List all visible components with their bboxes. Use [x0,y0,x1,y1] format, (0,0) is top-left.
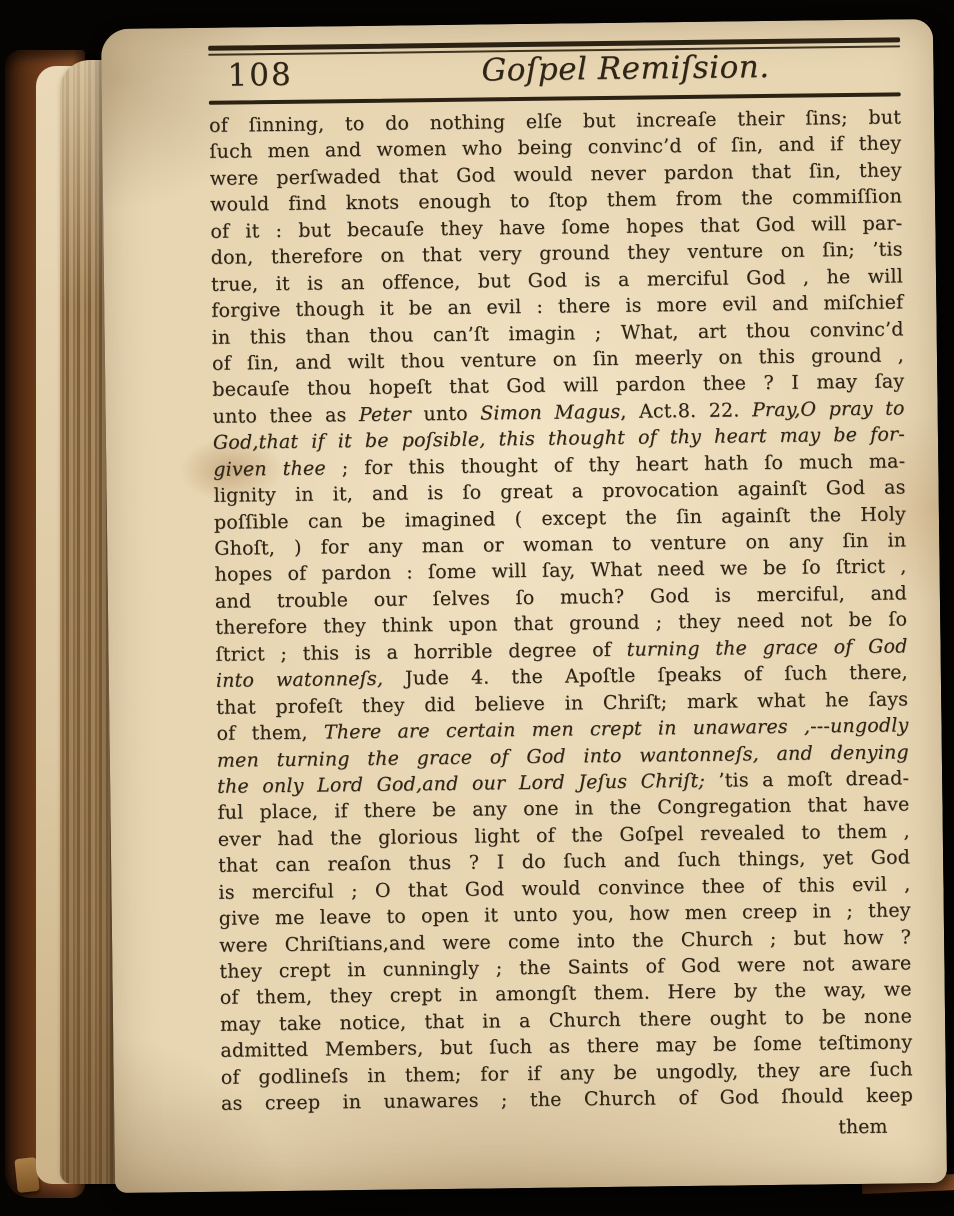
italic-text-segment: Peter [359,403,411,426]
page-number: 108 [227,60,293,92]
text-segment: of them, [216,722,324,745]
text-segment: as creep in unawares ; the Church of God… [221,1084,913,1114]
text-block: of ſinning, to do nothing elſe but incre… [209,104,914,1148]
book-page: 108 Goſpel Remiſsion. of ſinning, to do … [101,19,947,1193]
text-segment: ’tis a moſt dread- [705,767,909,791]
italic-text-segment: Simon Magus [480,401,620,425]
running-title: Goſpel Remiſsion. [481,52,769,87]
italic-text-segment: Pray,O pray to [752,397,905,421]
italic-text-segment: turning the grace of God [627,635,908,660]
text-segment: ſtrict ; this is a horrible degree of [215,638,626,665]
book-scan: 108 Goſpel Remiſsion. of ſinning, to do … [0,0,954,1216]
italic-text-segment: the only Lord God,and our Lord Jeſus Chr… [217,770,705,798]
text-segment: unto [411,402,480,425]
header-rule-bottom [209,92,901,104]
italic-text-segment: given thee [213,457,326,480]
text-segment: Jude 4. the Apoſtle ſpeaks of ſuch there… [383,662,908,690]
catchword: them [221,1113,913,1148]
text-segment: , Act.8. 22. [620,399,752,423]
italic-text-segment: into watonneſs, [216,668,384,692]
italic-text-segment: There are certain men crept in unawares … [324,714,909,743]
text-segment: unto thee as [213,404,359,428]
